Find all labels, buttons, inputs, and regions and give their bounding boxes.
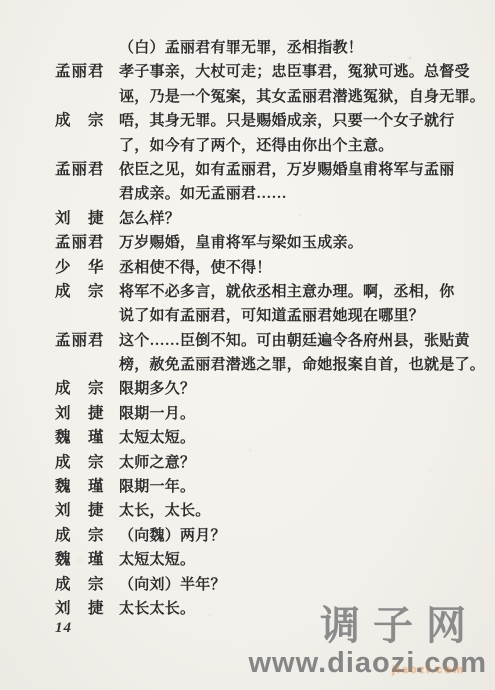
dialogue-text: 诬，乃是一个冤案，其女孟丽君潜逃冤狱，自身无罪。 <box>119 85 485 109</box>
dialogue-text: （向刘）半年？ <box>119 573 226 597</box>
dialogue-text: 太短太短。 <box>119 548 195 572</box>
speaker-name: 成 宗 <box>55 377 111 401</box>
script-line: 榜，赦免孟丽君潜逃之罪，命她报案自首，也就是了。 <box>55 353 477 377</box>
speaker-name: 孟丽君 <box>55 329 111 353</box>
speaker-name: 孟丽君 <box>55 60 111 84</box>
speaker-name: 孟丽君 <box>55 231 111 255</box>
speaker-name: 魏 瑾 <box>55 475 111 499</box>
script-line: 魏 瑾太短太短。 <box>55 426 477 450</box>
dialogue-text: 依臣之见，如有孟丽君，万岁赐婚皇甫将军与孟丽 <box>119 158 455 182</box>
speaker-name: 成 宗 <box>55 573 111 597</box>
dialogue-text: 限期多久？ <box>119 377 195 401</box>
script-line: 孟丽君孝子事亲，大杖可走；忠臣事君，冤狱可逃。总督受 <box>55 60 477 84</box>
dialogue-text: 万岁赐婚，皇甫将军与梁如玉成亲。 <box>119 231 363 255</box>
dialogue-text: 这个……臣倒不知。可由朝廷遍令各府州县，张贴黄 <box>119 329 470 353</box>
dialogue-text: 唔，其身无罪。只是赐婚成亲，只要一个女子就行 <box>119 109 455 133</box>
speaker-name: 成 宗 <box>55 280 111 304</box>
script-line: 魏 瑾限期一年。 <box>55 475 477 499</box>
dialogue-text: 太师之意？ <box>119 451 195 475</box>
speaker-name: 成 宗 <box>55 109 111 133</box>
speaker-name: 刘 捷 <box>55 499 111 523</box>
script-line: 成 宗（向刘）半年？ <box>55 573 477 597</box>
script-line: （白）孟丽君有罪无罪，丞相指教！ <box>55 36 477 60</box>
script-line: 君成亲。如无孟丽君…… <box>55 182 477 206</box>
watermark-site-url: www.diaozi.com <box>248 648 487 678</box>
speaker-name: 少 华 <box>55 256 111 280</box>
script-line: 刘 捷限期一月。 <box>55 402 477 426</box>
script-line: 成 宗将军不必多言，就依丞相主意办理。啊，丞相，你 <box>55 280 477 304</box>
speaker-name: 魏 瑾 <box>55 548 111 572</box>
speaker-name: 刘 捷 <box>55 597 111 621</box>
watermark-faint-text: jiaozi.com <box>392 664 465 676</box>
speaker-name: 刘 捷 <box>55 402 111 426</box>
script-line: 刘 捷太长太长。 <box>55 597 477 621</box>
dialogue-text: 太长，太长。 <box>119 499 211 523</box>
dialogue-text: 君成亲。如无孟丽君…… <box>119 182 287 206</box>
speaker-name: 魏 瑾 <box>55 426 111 450</box>
speaker-name: 成 宗 <box>55 524 111 548</box>
dialogue-text: 太短太短。 <box>119 426 195 450</box>
speaker-name: 孟丽君 <box>55 158 111 182</box>
script-line: 成 宗（向魏）两月？ <box>55 524 477 548</box>
scanned-page: （白）孟丽君有罪无罪，丞相指教！孟丽君孝子事亲，大杖可走；忠臣事君，冤狱可逃。总… <box>0 0 495 690</box>
script-line: 成 宗唔，其身无罪。只是赐婚成亲，只要一个女子就行 <box>55 109 477 133</box>
script-line: 成 宗限期多久？ <box>55 377 477 401</box>
dialogue-text: 了，如今有了两个，还得由你出个主意。 <box>119 134 394 158</box>
page-number: 14 <box>55 620 72 637</box>
dialogue-text: 榜，赦免孟丽君潜逃之罪，命她报案自首，也就是了。 <box>119 353 485 377</box>
script-line: 孟丽君依臣之见，如有孟丽君，万岁赐婚皇甫将军与孟丽 <box>55 158 477 182</box>
script-line: 成 宗太师之意？ <box>55 451 477 475</box>
dialogue-text: 限期一年。 <box>119 475 195 499</box>
script-line: 孟丽君这个……臣倒不知。可由朝廷遍令各府州县，张贴黄 <box>55 329 477 353</box>
dialogue-text: 太长太长。 <box>119 597 195 621</box>
script-line: 刘 捷太长，太长。 <box>55 499 477 523</box>
dialogue-text: 说了如有孟丽君，可知道孟丽君她现在哪里？ <box>119 304 424 328</box>
dialogue-text: （向魏）两月？ <box>119 524 226 548</box>
dialogue-text: 孝子事亲，大杖可走；忠臣事君，冤狱可逃。总督受 <box>119 60 470 84</box>
script-line: 魏 瑾太短太短。 <box>55 548 477 572</box>
dialogue-text: 丞相使不得，使不得！ <box>119 256 272 280</box>
dialogue-text: 将军不必多言，就依丞相主意办理。啊，丞相，你 <box>119 280 455 304</box>
script-line: 说了如有孟丽君，可知道孟丽君她现在哪里？ <box>55 304 477 328</box>
script-line: 诬，乃是一个冤案，其女孟丽君潜逃冤狱，自身无罪。 <box>55 85 477 109</box>
speaker-name: 成 宗 <box>55 451 111 475</box>
dialogue-text: （白）孟丽君有罪无罪，丞相指教！ <box>119 36 363 60</box>
dialogue-text: 限期一月。 <box>119 402 195 426</box>
dialogue-text: 怎么样？ <box>119 207 180 231</box>
script-line: 了，如今有了两个，还得由你出个主意。 <box>55 134 477 158</box>
script-line: 孟丽君万岁赐婚，皇甫将军与梁如玉成亲。 <box>55 231 477 255</box>
script-line: 少 华丞相使不得，使不得！ <box>55 256 477 280</box>
speaker-name: 刘 捷 <box>55 207 111 231</box>
script-body: （白）孟丽君有罪无罪，丞相指教！孟丽君孝子事亲，大杖可走；忠臣事君，冤狱可逃。总… <box>55 36 477 621</box>
script-line: 刘 捷怎么样？ <box>55 207 477 231</box>
